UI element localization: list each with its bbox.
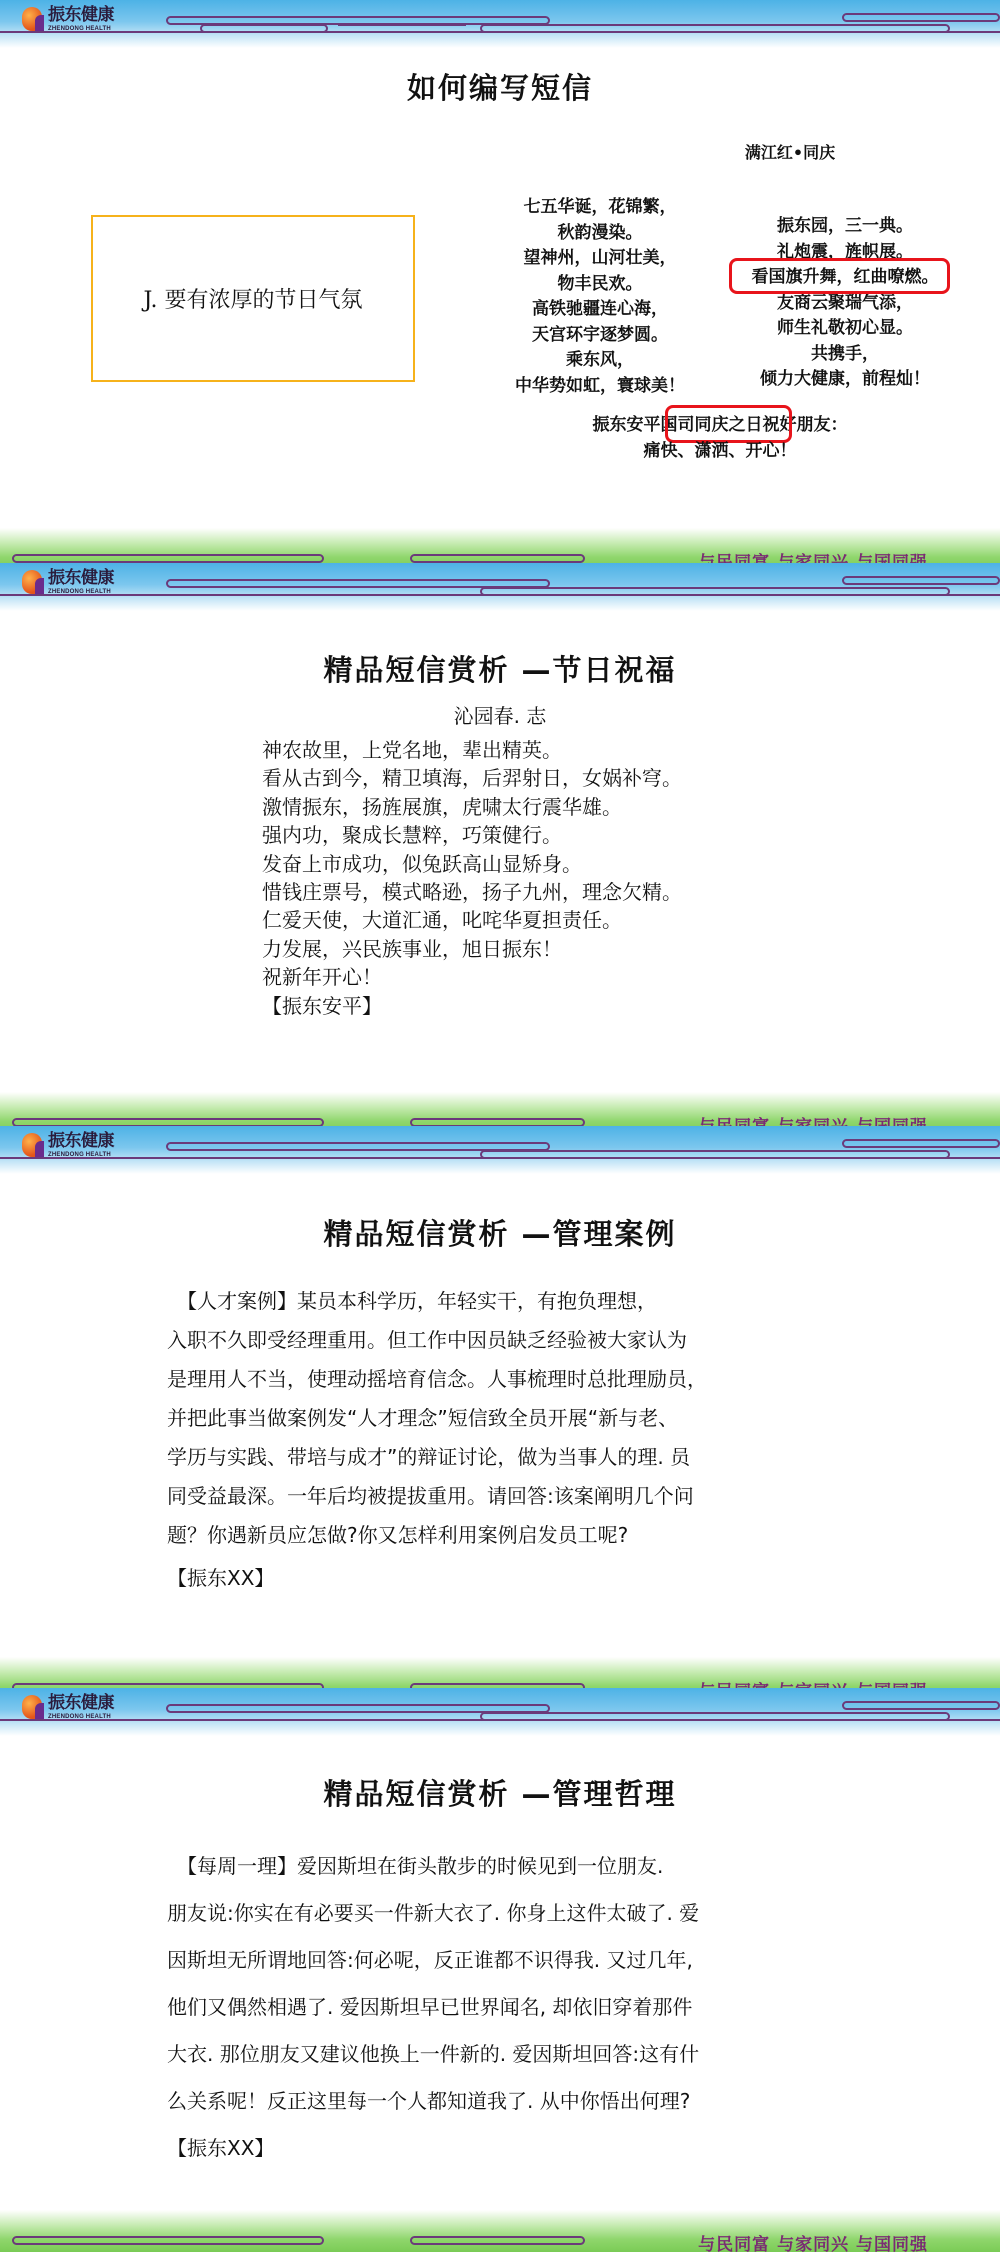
- logo-mark-icon: [22, 1695, 42, 1719]
- tip-box: J. 要有浓厚的节日气氛: [91, 215, 415, 382]
- poem-line: 天宫环宇逐梦圆。: [470, 323, 730, 349]
- slide-3-title: 精品短信赏析 —管理案例: [0, 1212, 1000, 1253]
- closing-part: 振东安平: [593, 415, 661, 435]
- logo-mark-icon: [22, 570, 42, 594]
- brand-logo: 振东健康 ZHENDONG HEALTH: [22, 567, 114, 597]
- scroll-ornament: [12, 554, 324, 563]
- poem-left-column: 七五华诞，花锦繁， 秋韵漫染。 望神州，山河壮美， 物丰民欢。 高铁驰疆连心海，…: [470, 195, 730, 399]
- poem-line: 强内功，聚成长慧粹，巧策健行。: [262, 821, 682, 849]
- ornament-line: [0, 1157, 1000, 1159]
- slide-3-header-band: 振东健康 ZHENDONG HEALTH: [0, 1126, 1000, 1174]
- brand-logo: 振东健康 ZHENDONG HEALTH: [22, 1130, 114, 1160]
- ornament-line: [0, 594, 1000, 596]
- ornament-line: [575, 24, 827, 26]
- poem-line: 惜钱庄票号，模式略逊，扬子九州，理念欠精。: [262, 878, 682, 906]
- slogan: 与民同富 与家同兴 与国同强: [698, 2230, 928, 2252]
- slide-1-title: 如何编写短信: [0, 66, 1000, 107]
- case-paragraph: 【人才案例】某员本科学历，年轻实干，有抱负理想， 入职不久即受经理重用。但工作中…: [167, 1282, 847, 1598]
- paragraph-line: 学历与实践、带培与成才”的辩证讨论，做为当事人的理. 员: [167, 1438, 847, 1477]
- poem-body: 神农故里，上党名地，辈出精英。 看从古到今，精卫填海，后羿射日，女娲补穹。 激情…: [262, 736, 682, 1020]
- scroll-ornament: [842, 13, 1000, 22]
- scroll-ornament: [842, 1701, 1000, 1710]
- scroll-ornament: [842, 1139, 1000, 1148]
- poem-line: 乘东风，: [470, 348, 730, 374]
- poem-line: 发奋上市成功，似兔跃高山显矫身。: [262, 850, 682, 878]
- poem-line: 高铁驰疆连心海，: [470, 297, 730, 323]
- paragraph-line: 【每周一理】爱因斯坦在街头散步的时候见到一位朋友.: [167, 1843, 847, 1890]
- poem-closing-2: 痛快、潇洒、开心！: [500, 439, 940, 465]
- poem-line: 神农故里，上党名地，辈出精英。: [262, 736, 682, 764]
- logo-mark-icon: [22, 1133, 42, 1157]
- poem-line: 看从古到今，精卫填海，后羿射日，女娲补穹。: [262, 764, 682, 792]
- paragraph-line: 朋友说:你实在有必要买一件新大衣了. 你身上这件太破了. 爱: [167, 1890, 847, 1937]
- poem-line: 振东园，三一典。: [715, 214, 975, 240]
- ornament-line: [0, 31, 1000, 33]
- poem-title: 满江红•同庆: [640, 140, 940, 166]
- signature: 【振东安平】: [262, 992, 682, 1020]
- scroll-ornament: [12, 2236, 324, 2245]
- paragraph-line: 大衣. 那位朋友又建议他换上一件新的. 爱因斯坦回答:这有什: [167, 2031, 847, 2078]
- brand-logo: 振东健康 ZHENDONG HEALTH: [22, 4, 114, 34]
- logo-name-cn: 振东健康: [48, 7, 114, 24]
- poem-line: 友商云聚瑞气添，: [715, 291, 975, 317]
- poem-line: 中华势如虹，寰球美！: [470, 374, 730, 400]
- paragraph-line: 么关系呢！反正这里每一个人都知道我了. 从中你悟出何理?: [167, 2078, 847, 2125]
- signature: 【振东XX】: [167, 1559, 847, 1598]
- poem-line: 秋韵漫染。: [470, 221, 730, 247]
- poem-line: 七五华诞，花锦繁，: [470, 195, 730, 221]
- paragraph-line: 他们又偶然相遇了. 爱因斯坦早已世界闻名, 却依旧穿着那件: [167, 1984, 847, 2031]
- paragraph-line: 因斯坦无所谓地回答:何必呢，反正谁都不识得我. 又过几年,: [167, 1937, 847, 1984]
- ornament-line: [338, 24, 466, 26]
- highlight-box: [729, 258, 950, 294]
- poem-line: 仁爱天使，大道汇通，叱咤华夏担责任。: [262, 906, 682, 934]
- paragraph-line: 是理用人不当，使理动摇培育信念。人事梳理时总批理励员，: [167, 1360, 847, 1399]
- logo-mark-icon: [22, 7, 42, 31]
- slide-1-header-band: 振东健康 ZHENDONG HEALTH: [0, 0, 1000, 48]
- poem-title: 沁园春. 志: [0, 700, 1000, 729]
- tip-text: J. 要有浓厚的节日气氛: [143, 283, 362, 314]
- logo-name-cn: 振东健康: [48, 570, 114, 587]
- poem-line: 力发展，兴民族事业，旭日振东！: [262, 935, 682, 963]
- poem-line: 祝新年开心！: [262, 963, 682, 991]
- brand-logo: 振东健康 ZHENDONG HEALTH: [22, 1692, 114, 1722]
- poem-line: 激情振东，扬旌展旗，虎啸太行震华雄。: [262, 793, 682, 821]
- scroll-ornament: [410, 554, 585, 563]
- scroll-ornament: [842, 576, 1000, 585]
- slide-2-header-band: 振东健康 ZHENDONG HEALTH: [0, 563, 1000, 611]
- highlight-box: [665, 405, 792, 443]
- slide-4-footer-band: 与民同富 与家同兴 与国同强: [0, 2210, 1000, 2252]
- scroll-ornament: [410, 2236, 585, 2245]
- ornament-line: [0, 1719, 1000, 1721]
- poem-line: 共携手，: [715, 342, 975, 368]
- paragraph-line: 并把此事当做案例发“人才理念”短信致全员开展“新与老、: [167, 1399, 847, 1438]
- logo-name-cn: 振东健康: [48, 1695, 114, 1712]
- signature: 【振东XX】: [167, 2125, 847, 2172]
- logo-name-cn: 振东健康: [48, 1133, 114, 1150]
- paragraph-line: 题？你遇新员应怎做?你又怎样利用案例启发员工呢?: [167, 1516, 847, 1555]
- poem-right-column: 振东园，三一典。 礼炮震，旌帜展。 看国旗升舞，红曲嘹燃。 友商云聚瑞气添， 师…: [715, 214, 975, 393]
- slide-4-header-band: 振东健康 ZHENDONG HEALTH: [0, 1688, 1000, 1736]
- poem-line: 望神州，山河壮美，: [470, 246, 730, 272]
- slide-4-title: 精品短信赏析 —管理哲理: [0, 1772, 1000, 1813]
- slide-2-title: 精品短信赏析 —节日祝福: [0, 648, 1000, 689]
- poem-line: 倾力大健康，前程灿！: [715, 367, 975, 393]
- poem-line: 师生礼敬初心显。: [715, 316, 975, 342]
- poem-line: 物丰民欢。: [470, 272, 730, 298]
- philosophy-paragraph: 【每周一理】爱因斯坦在街头散步的时候见到一位朋友. 朋友说:你实在有必要买一件新…: [167, 1843, 847, 2172]
- paragraph-line: 入职不久即受经理重用。但工作中因员缺乏经验被大家认为: [167, 1321, 847, 1360]
- paragraph-line: 【人才案例】某员本科学历，年轻实干，有抱负理想，: [167, 1282, 847, 1321]
- paragraph-line: 同受益最深。一年后均被提拔重用。请回答:该案阐明几个问: [167, 1477, 847, 1516]
